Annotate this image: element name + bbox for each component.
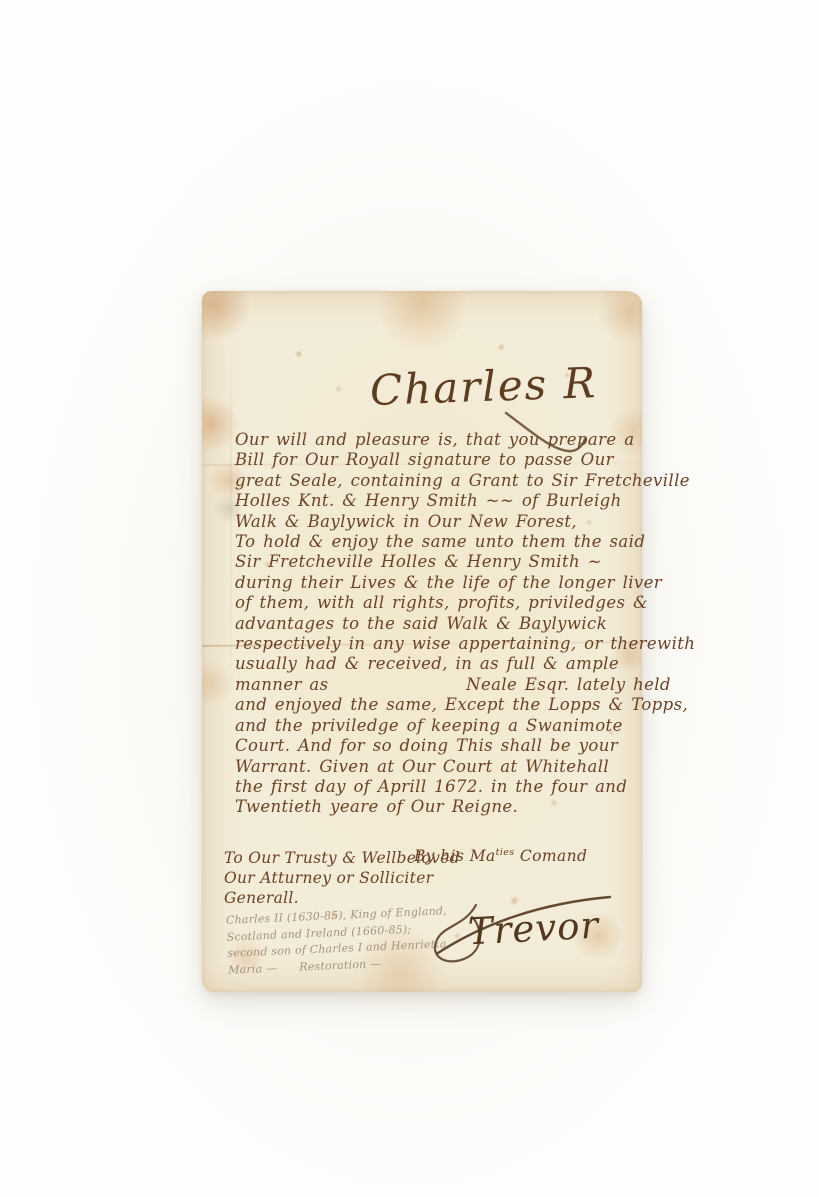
manuscript-line: respectively in any wise appertaining, o… bbox=[235, 634, 633, 654]
authority-suffix: Comand bbox=[515, 847, 588, 865]
authority-line: By his Maties Comand bbox=[414, 847, 587, 865]
manuscript-line: manner as Neale Esqr. lately held bbox=[235, 675, 633, 695]
secretary-signature-block: Trevor bbox=[424, 887, 614, 977]
manuscript-paper: Charles R Our will and pleasure is, that… bbox=[202, 291, 642, 992]
manuscript-line: Holles Knt. & Henry Smith ~~ of Burleigh bbox=[235, 491, 633, 511]
photo-canvas: Charles R Our will and pleasure is, that… bbox=[0, 0, 819, 1197]
royal-sign-manual: Charles R bbox=[369, 357, 598, 417]
manuscript-line: advantages to the said Walk & Baylywick bbox=[235, 614, 633, 634]
address-line: Our Atturney or Solliciter bbox=[224, 868, 460, 888]
manuscript-line: To hold & enjoy the same unto them the s… bbox=[235, 532, 633, 552]
manuscript-line: Sir Fretcheville Holles & Henry Smith ~ bbox=[235, 552, 633, 572]
secretary-signature: Trevor bbox=[467, 904, 600, 954]
manuscript-line: great Seale, containing a Grant to Sir F… bbox=[235, 471, 633, 491]
manuscript-line: and enjoyed the same, Except the Lopps &… bbox=[235, 695, 633, 715]
fold-crease-vertical bbox=[230, 351, 232, 681]
manuscript-line: Walk & Baylywick in Our New Forest, bbox=[235, 512, 633, 532]
manuscript-line: Bill for Our Royall signature to passe O… bbox=[235, 450, 633, 470]
manuscript-line: and the priviledge of keeping a Swanimot… bbox=[235, 716, 633, 736]
authority-prefix: By his Ma bbox=[414, 847, 496, 865]
manuscript-line: of them, with all rights, profits, privi… bbox=[235, 593, 633, 613]
manuscript-line: usually had & received, in as full & amp… bbox=[235, 654, 633, 674]
manuscript-line: during their Lives & the life of the lon… bbox=[235, 573, 633, 593]
pencil-annotation: Charles II (1630-85), King of England, S… bbox=[226, 903, 450, 979]
authority-superscript: ties bbox=[496, 847, 515, 858]
manuscript-line: Twentieth yeare of Our Reigne. bbox=[235, 797, 633, 817]
manuscript-line: the first day of Aprill 1672. in the fou… bbox=[235, 777, 633, 797]
manuscript-line: Warrant. Given at Our Court at Whitehall bbox=[235, 757, 633, 777]
manuscript-body: Our will and pleasure is, that you prepa… bbox=[235, 430, 633, 818]
manuscript-line: Our will and pleasure is, that you prepa… bbox=[235, 430, 633, 450]
manuscript-line: Court. And for so doing This shall be yo… bbox=[235, 736, 633, 756]
